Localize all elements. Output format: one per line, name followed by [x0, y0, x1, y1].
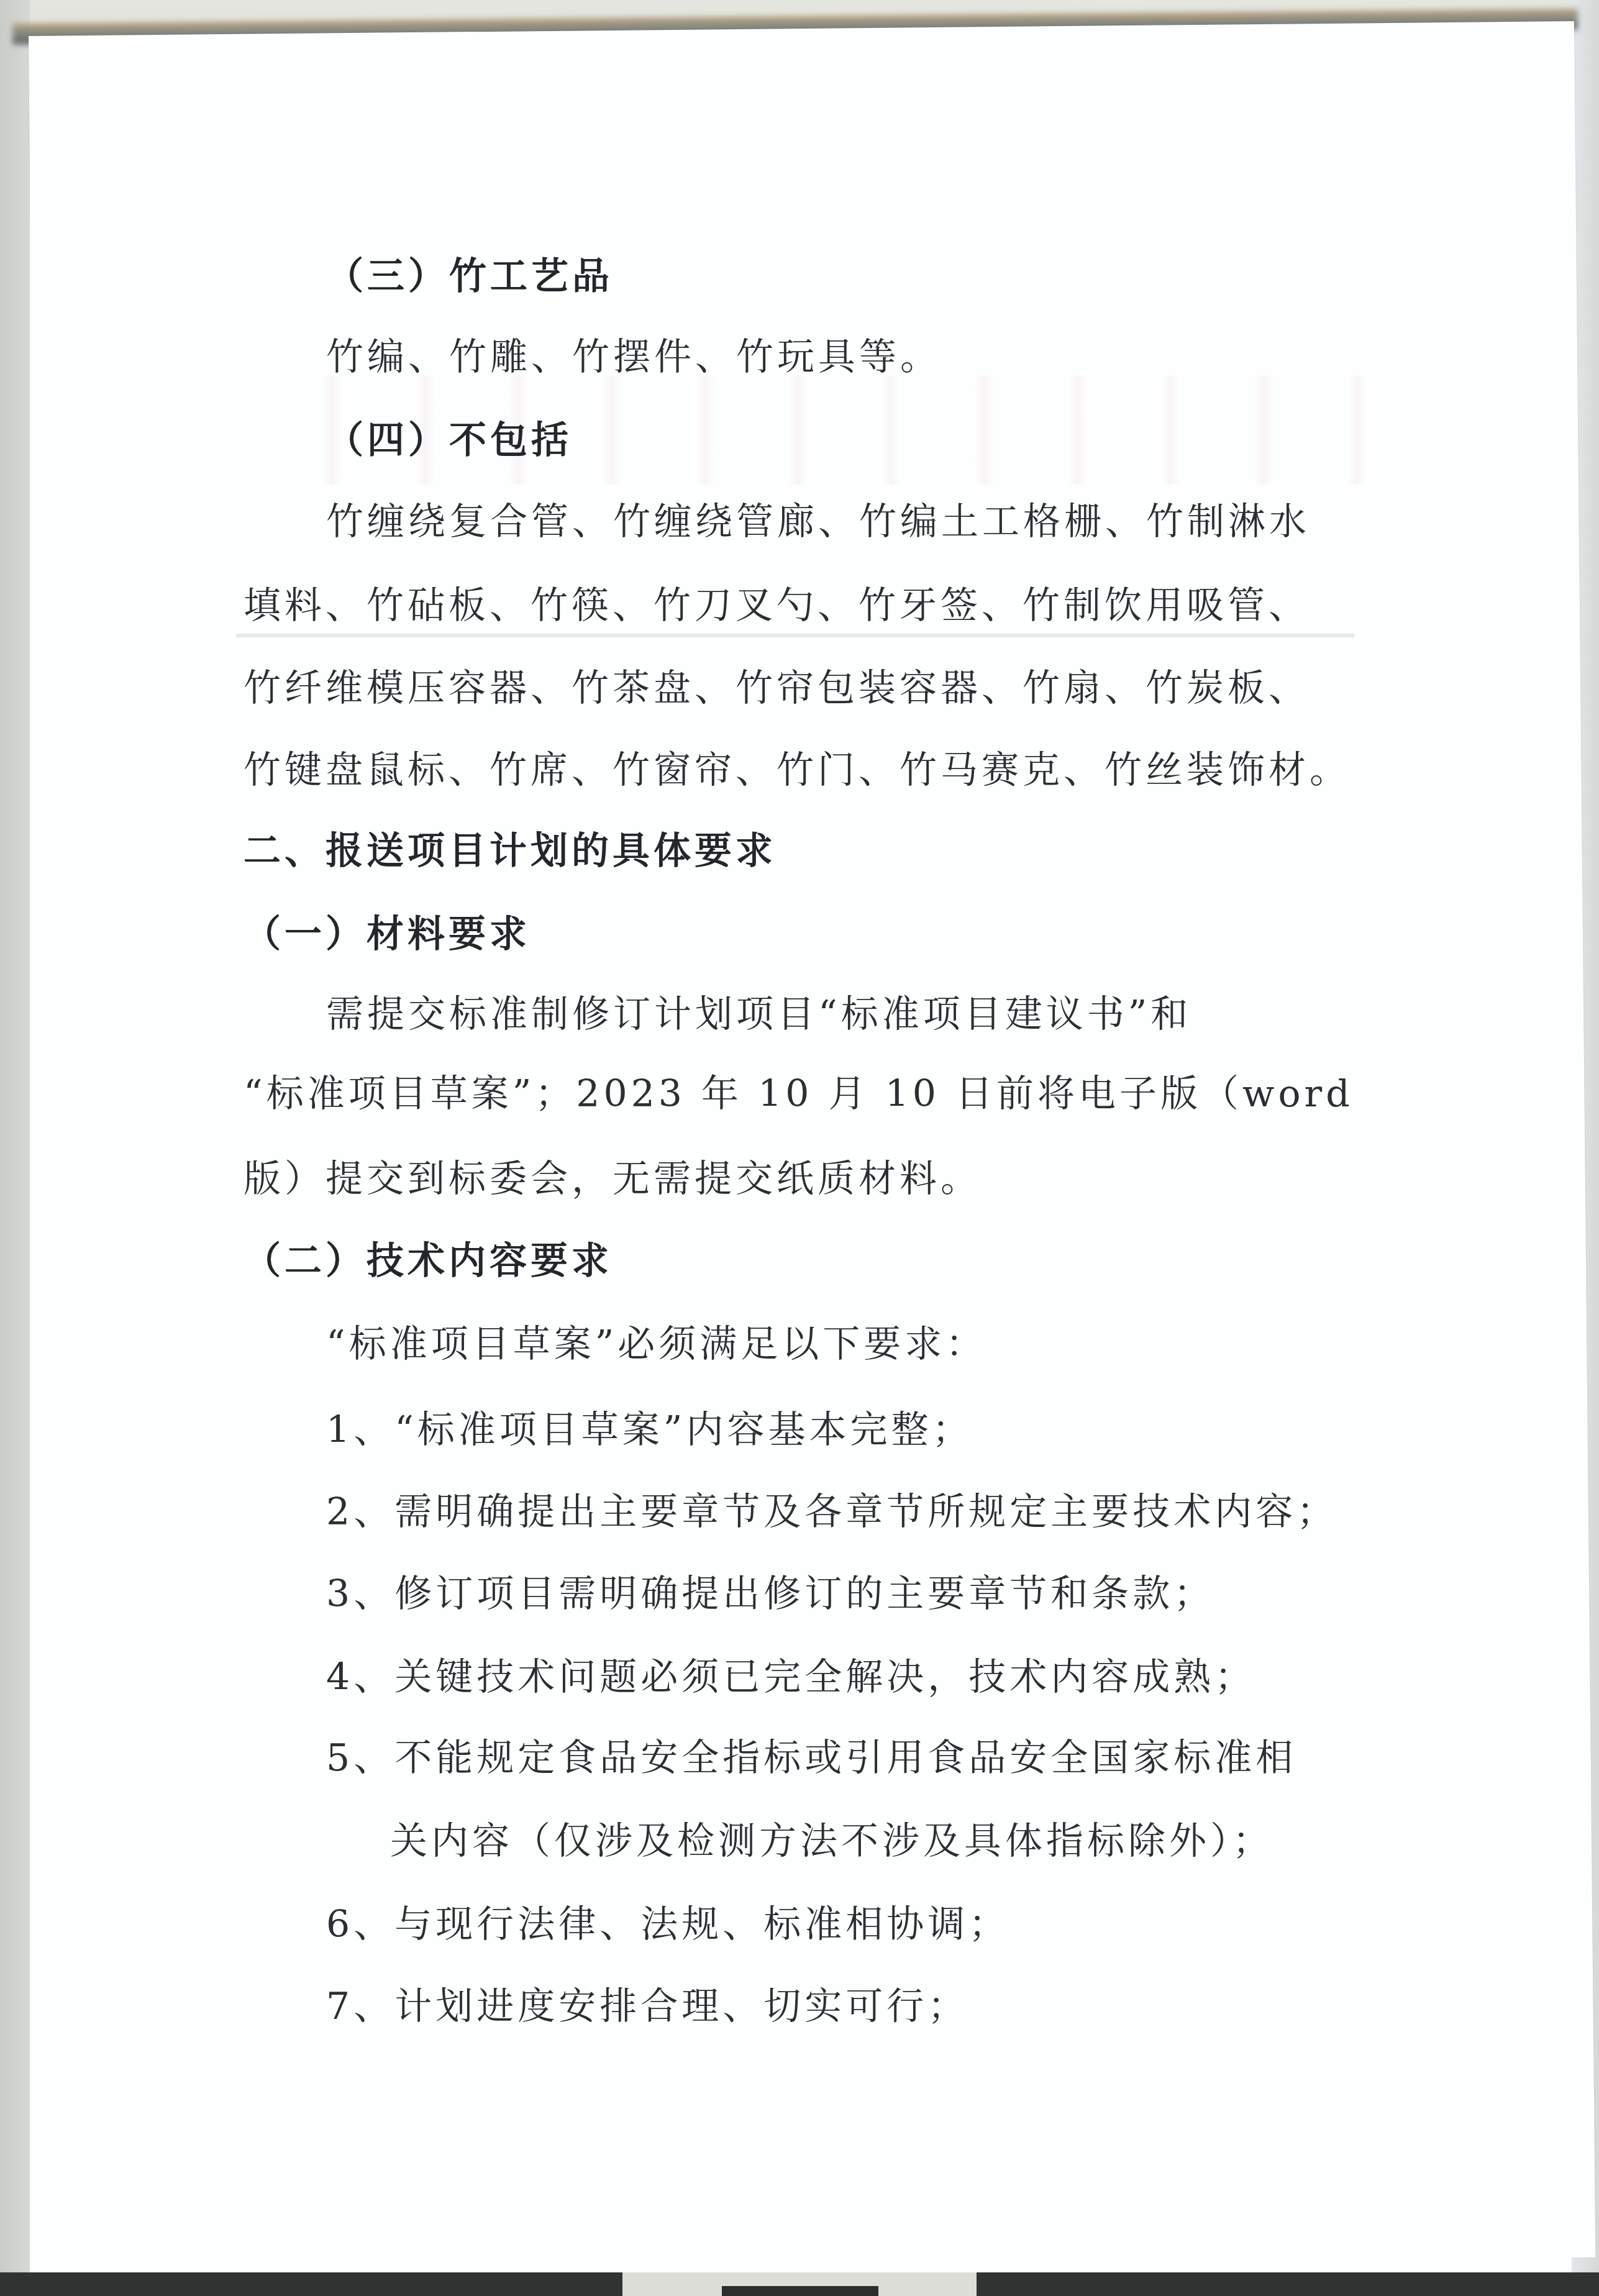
section-4-body-line: 竹键盘鼠标、竹席、竹窗帘、竹门、竹马赛克、竹丝装饰材。 — [244, 748, 1351, 793]
requirement-item: 5、不能规定食品安全指标或引用食品安全国家标准相 — [326, 1736, 1296, 1780]
section-4-heading: （四）不包括 — [326, 418, 572, 463]
section-3-body: 竹编、竹雕、竹摆件、竹玩具等。 — [326, 335, 941, 380]
subsection-2-intro: “标准项目草案”必须满足以下要求： — [326, 1322, 986, 1367]
subsection-1-body-line: 需提交标准制修订计划项目“标准项目建议书”和 — [326, 992, 1191, 1037]
section-3-heading: （三）竹工艺品 — [326, 254, 613, 299]
subsection-2-heading: （二）技术内容要求 — [244, 1239, 613, 1283]
requirement-item: 7、计划进度安排合理、切实可行； — [326, 1984, 968, 2029]
part-2-heading: 二、报送项目计划的具体要求 — [244, 829, 777, 873]
subsection-1-body-line: “标准项目草案”；2023 年 10 月 10 日前将电子版（word — [244, 1072, 1354, 1116]
requirement-item: 4、关键技术问题必须已完全解决，技术内容成熟； — [326, 1655, 1255, 1700]
subsection-1-heading: （一）材料要求 — [244, 912, 531, 957]
requirement-item: 2、需明确提出主要章节及各章节所规定主要技术内容； — [326, 1490, 1337, 1534]
requirement-item: 1、“标准项目草案”内容基本完整； — [326, 1408, 973, 1452]
section-4-body-line: 填料、竹砧板、竹筷、竹刀叉勺、竹牙签、竹制饮用吸管、 — [244, 583, 1310, 628]
document-page: （三）竹工艺品 竹编、竹雕、竹摆件、竹玩具等。 （四）不包括 竹缠绕复合管、竹缠… — [0, 0, 1599, 2296]
requirement-item-continuation: 关内容（仅涉及检测方法不涉及具体指标除外）； — [390, 1819, 1273, 1864]
section-4-body-line: 竹纤维模压容器、竹茶盘、竹帘包装容器、竹扇、竹炭板、 — [244, 666, 1310, 711]
subsection-1-body-line: 版）提交到标委会，无需提交纸质材料。 — [244, 1157, 982, 1201]
requirement-item: 3、修订项目需明确提出修订的主要章节和条款； — [326, 1572, 1214, 1616]
requirement-item: 6、与现行法律、法规、标准相协调； — [326, 1902, 1009, 1947]
section-4-body-line: 竹缠绕复合管、竹缠绕管廊、竹编土工格栅、竹制淋水 — [326, 499, 1310, 544]
